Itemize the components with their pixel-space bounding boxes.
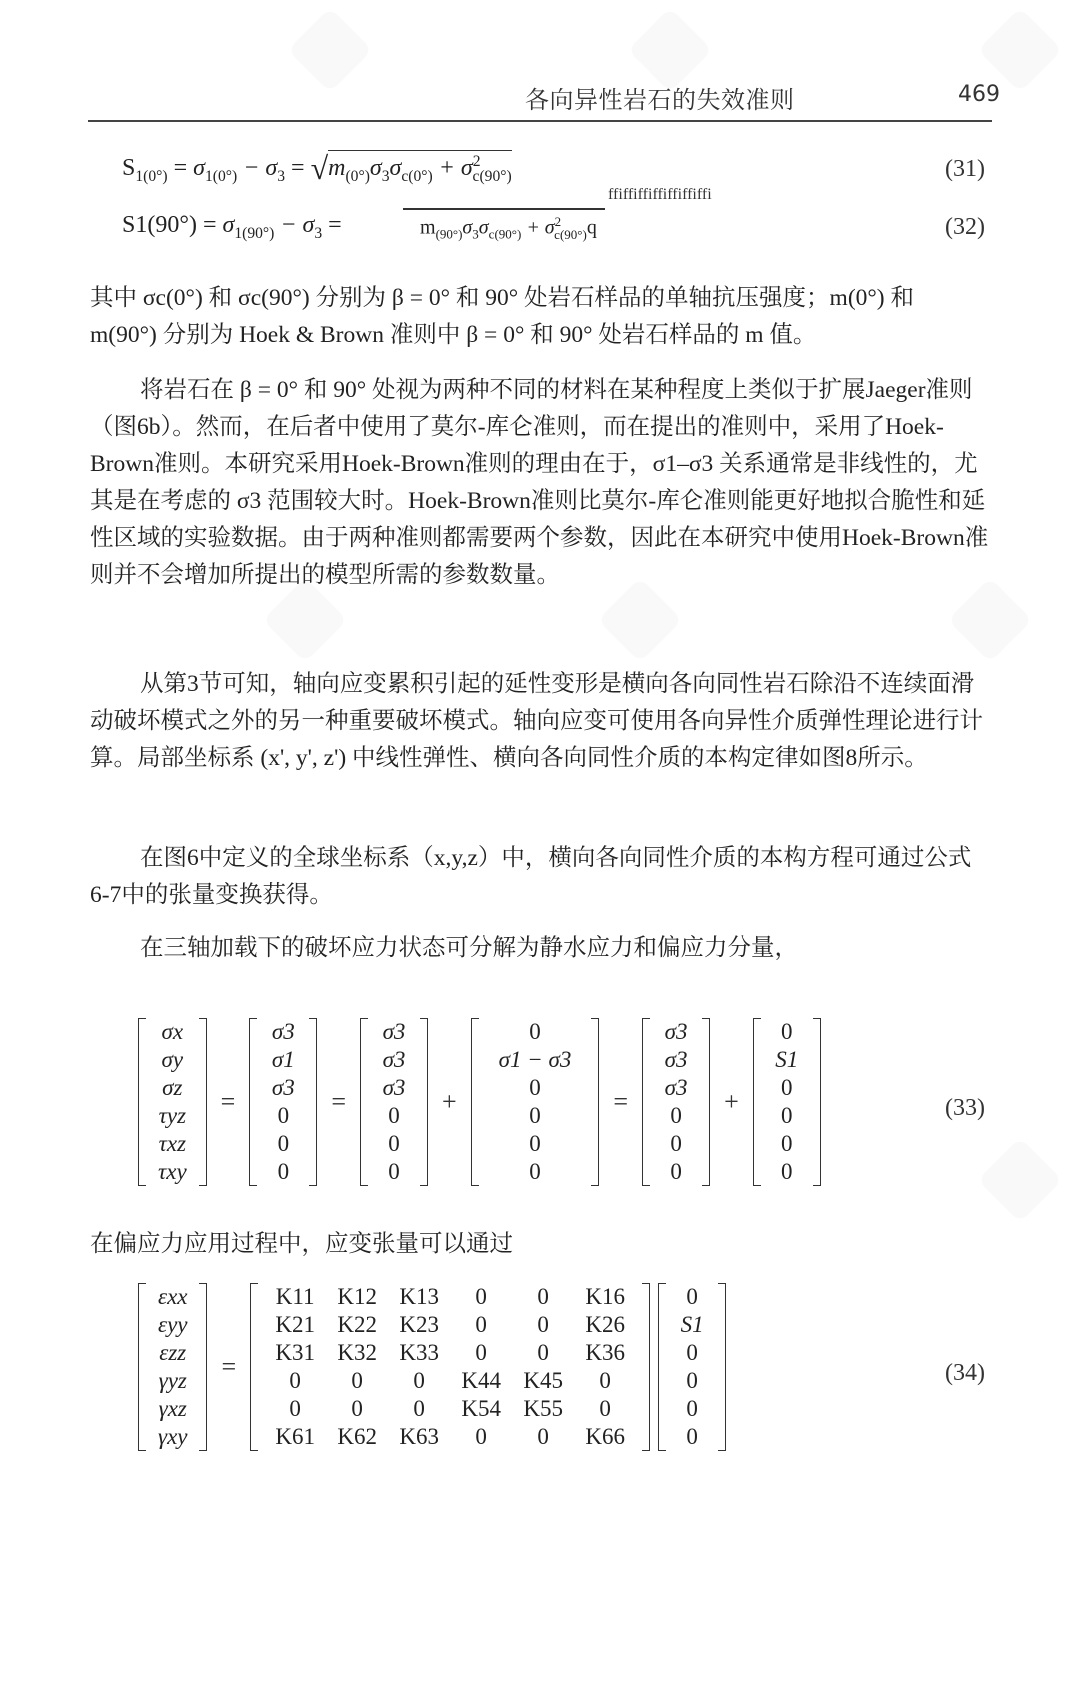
equation-34: εxx εyy εzz γyz γxz γxy = K11 K12 K13 0 …: [138, 1283, 726, 1451]
equation-32: S1(90°) = σ1(90°) − σ3 =: [122, 212, 342, 243]
deviatoric-s1-vector: 0 S1 0 0 0 0: [753, 1018, 821, 1186]
deviatoric-load-vector: 0 S1 0 0 0 0: [658, 1283, 726, 1451]
paragraph-ductile-deformation: 从第3节可知，轴向应变累积引起的延性变形是横向各向同性岩石除沿不连续面滑动破坏模…: [90, 666, 990, 777]
equation-number-33: (33): [945, 1095, 985, 1122]
hydrostatic-vector-2: σ3 σ3 σ3 0 0 0: [642, 1018, 710, 1186]
watermark-mark: [978, 1138, 1063, 1223]
strain-vector: εxx εyy εzz γyz γxz γxy: [138, 1283, 207, 1451]
watermark-mark: [978, 8, 1063, 93]
equation-33: σx σy σz τyz τxz τxy = σ3 σ1 σ3 0 0 0 = …: [138, 1018, 821, 1186]
equation-artifact: ffiffiffiffiffiffiffi: [608, 186, 712, 204]
equation-31: S1(0°) = σ1(0°) − σ3 = √m(0°)σ3σc(0°) + …: [122, 150, 512, 187]
running-title: 各向异性岩石的失效准则: [525, 80, 795, 115]
paragraph-global-coordinates: 在图6中定义的全球坐标系（x,y,z）中，横向各向同性介质的本构方程可通过公式6…: [90, 840, 990, 914]
paragraph-definitions: 其中 σc(0°) 和 σc(90°) 分别为 β = 0° 和 90° 处岩石…: [90, 280, 990, 354]
principal-stress-vector: σ3 σ1 σ3 0 0 0: [249, 1018, 317, 1186]
equation-32-radicand: m(90°)σ3σc(90°) + σ2c(90°)q: [420, 214, 597, 243]
page-number: 469: [958, 82, 1000, 107]
deviatoric-vector: 0 σ1 − σ3 0 0 0 0: [471, 1018, 600, 1186]
equation-number-34: (34): [945, 1360, 985, 1387]
compliance-matrix: K11 K12 K13 0 0 K16 K21 K22 K23 0 0 K26 …: [250, 1283, 650, 1451]
equation-number-32: (32): [945, 214, 985, 241]
equation-number-31: (31): [945, 156, 985, 183]
hydrostatic-vector: σ3 σ3 σ3 0 0 0: [360, 1018, 428, 1186]
stress-vector: σx σy σz τyz τxz τxy: [138, 1018, 207, 1186]
paragraph-strain-tensor: 在偏应力应用过程中，应变张量可以通过: [90, 1226, 990, 1263]
sqrt-icon: √: [311, 150, 329, 186]
radicand: m(0°)σ3σc(0°) + σ2c(90°): [328, 150, 512, 186]
paragraph-stress-decomposition: 在三轴加载下的破坏应力状态可分解为静水应力和偏应力分量，: [90, 930, 990, 967]
header-rule: [88, 120, 992, 122]
equation-32-rule: [403, 208, 605, 210]
paragraph-hoek-brown-rationale: 将岩石在 β = 0° 和 90° 处视为两种不同的材料在某种程度上类似于扩展J…: [90, 372, 990, 594]
watermark-mark: [288, 8, 373, 93]
